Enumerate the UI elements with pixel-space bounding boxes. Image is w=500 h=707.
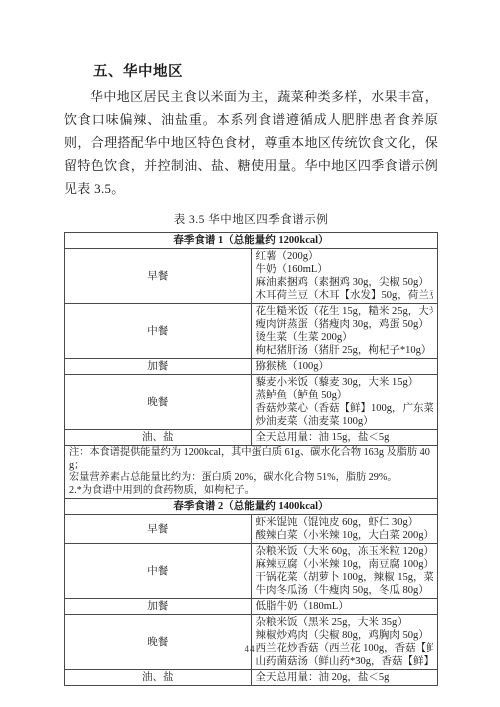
meal-table-body: 春季食谱 1（总能量约 1200kcal）早餐红薯（200g）牛奶（160mL）… [65,233,438,686]
meal-table: 春季食谱 1（总能量约 1200kcal）早餐红薯（200g）牛奶（160mL）… [64,232,438,686]
dish-line: 麻油素捆鸡（素捆鸡 30g，尖椒 50g） [256,276,434,289]
meal-row: 中餐杂粮米饭（大米 60g，冻玉米粒 120g）麻辣豆腐（小米辣 10g，南豆腐… [65,544,438,599]
meal-row: 中餐花生糙米饭（花生 15g，糙米 25g，大米 25g）瘦肉饼蒸蛋（猪瘦肉 3… [65,304,438,359]
dish-line: 藜麦小米饭（藜麦 30g，大米 15g） [256,376,434,389]
note-line: 宏量营养素占总能量比约为：蛋白质 20%，碳水化合物 51%，脂肪 29%。 [69,472,433,485]
meal-label: 油、盐 [65,670,252,686]
dish-line: 干锅花菜（胡萝卜 100g，辣椒 15g，菜花 160g） [256,571,434,584]
dish-line: 牛肉冬瓜汤（牛瘦肉 50g，冬瓜 80g） [256,584,434,597]
dish-line: 辣椒炒鸡肉（尖椒 80g，鸡胸肉 50g） [256,629,434,642]
meal-items: 花生糙米饭（花生 15g，糙米 25g，大米 25g）瘦肉饼蒸蛋（猪瘦肉 30g… [251,304,438,359]
table-caption: 表 3.5 华中地区四季食谱示例 [64,211,438,227]
dish-line: 牛奶（160mL） [256,263,434,276]
dish-line: 杂粮米饭（黑米 25g，大米 35g） [256,616,434,629]
meal-label: 加餐 [65,599,252,615]
meal-items: 藜麦小米饭（藜麦 30g，大米 15g）蒸鲈鱼（鲈鱼 50g）香菇炒菜心（香菇【… [251,375,438,430]
meal-label: 早餐 [65,249,252,304]
dish-line: 酸辣白菜（小米辣 10g，大白菜 200g） [256,529,434,542]
meal-label: 加餐 [65,359,252,375]
dish-line: 花生糙米饭（花生 15g，糙米 25g，大米 25g） [256,305,434,318]
meal-items: 虾米馄饨（馄饨皮 60g，虾仁 30g）酸辣白菜（小米辣 10g，大白菜 200… [251,515,438,544]
meal-row: 加餐猕猴桃（100g） [65,359,438,375]
meal-items: 杂粮米饭（黑米 25g，大米 35g）辣椒炒鸡肉（尖椒 80g，鸡胸肉 50g）… [251,615,438,670]
meal-items: 低脂牛奶（180mL） [251,599,438,615]
meal-items: 红薯（200g）牛奶（160mL）麻油素捆鸡（素捆鸡 30g，尖椒 50g）木耳… [251,249,438,304]
meal-label: 中餐 [65,544,252,599]
document-page: 五、华中地区 华中地区居民主食以米面为主，蔬菜种类多样，水果丰富，饮食口味偏辣、… [0,0,500,707]
meal-label: 晚餐 [65,375,252,430]
dish-line: 木耳荷兰豆（木耳【水发】50g，荷兰豆 30g） [256,289,434,302]
table-note: 注：本食谱提供能量约为 1200kcal，其中蛋白质 61g、碳水化合物 163… [65,446,438,499]
dish-line: 红薯（200g） [256,250,434,263]
dish-line: 猕猴桃（100g） [256,360,434,373]
meal-row: 油、盐全天总用量：油 15g，盐＜5g [65,430,438,446]
section-header-row: 春季食谱 2（总能量约 1400kcal） [65,499,438,515]
dish-line: 香菇炒菜心（香菇【鲜】100g，广东菜心 50g） [256,402,434,415]
meal-row: 油、盐全天总用量：油 20g，盐＜5g [65,670,438,686]
meal-items: 全天总用量：油 20g，盐＜5g [251,670,438,686]
intro-paragraph: 华中地区居民主食以米面为主，蔬菜种类多样，水果丰富，饮食口味偏辣、油盐重。本系列… [64,85,438,200]
section-heading: 五、华中地区 [64,60,438,81]
dish-line: 全天总用量：油 15g，盐＜5g [256,431,434,444]
meal-items: 全天总用量：油 15g，盐＜5g [251,430,438,446]
meal-row: 晚餐杂粮米饭（黑米 25g，大米 35g）辣椒炒鸡肉（尖椒 80g，鸡胸肉 50… [65,615,438,670]
meal-row: 加餐低脂牛奶（180mL） [65,599,438,615]
dish-line: 枸杞猪肝汤（猪肝 25g，枸杞子*10g） [256,344,434,357]
meal-label: 中餐 [65,304,252,359]
section-header: 春季食谱 1（总能量约 1200kcal） [65,233,438,249]
dish-line: 瘦肉饼蒸蛋（猪瘦肉 30g，鸡蛋 50g） [256,318,434,331]
section-header-row: 春季食谱 1（总能量约 1200kcal） [65,233,438,249]
meal-row: 早餐虾米馄饨（馄饨皮 60g，虾仁 30g）酸辣白菜（小米辣 10g，大白菜 2… [65,515,438,544]
note-line: 2.*为食谱中用到的食药物质，如枸杞子。 [69,485,433,498]
page-content: 五、华中地区 华中地区居民主食以米面为主，蔬菜种类多样，水果丰富，饮食口味偏辣、… [64,60,438,686]
page-number: 44 [0,644,500,654]
dish-line: 低脂牛奶（180mL） [256,600,434,613]
dish-line: 烫生菜（生菜 200g） [256,331,434,344]
dish-line: 蒸鲈鱼（鲈鱼 50g） [256,389,434,402]
meal-row: 早餐红薯（200g）牛奶（160mL）麻油素捆鸡（素捆鸡 30g，尖椒 50g）… [65,249,438,304]
section-header: 春季食谱 2（总能量约 1400kcal） [65,499,438,515]
meal-items: 杂粮米饭（大米 60g，冻玉米粒 120g）麻辣豆腐（小米辣 10g，南豆腐 1… [251,544,438,599]
meal-label: 晚餐 [65,615,252,670]
note-row: 注：本食谱提供能量约为 1200kcal，其中蛋白质 61g、碳水化合物 163… [65,446,438,499]
dish-line: 山药菌菇汤（鲜山药*30g，香菇【鲜】25g，白玉菇【鲜】25g） [256,655,434,668]
meal-items: 猕猴桃（100g） [251,359,438,375]
meal-label: 早餐 [65,515,252,544]
dish-line: 全天总用量：油 20g，盐＜5g [256,671,434,684]
dish-line: 麻辣豆腐（小米辣 10g，南豆腐 100g） [256,558,434,571]
dish-line: 虾米馄饨（馄饨皮 60g，虾仁 30g） [256,516,434,529]
dish-line: 杂粮米饭（大米 60g，冻玉米粒 120g） [256,545,434,558]
meal-row: 晚餐藜麦小米饭（藜麦 30g，大米 15g）蒸鲈鱼（鲈鱼 50g）香菇炒菜心（香… [65,375,438,430]
dish-line: 炒油麦菜（油麦菜 100g） [256,415,434,428]
meal-label: 油、盐 [65,430,252,446]
note-line: 注：本食谱提供能量约为 1200kcal，其中蛋白质 61g、碳水化合物 163… [69,447,433,472]
